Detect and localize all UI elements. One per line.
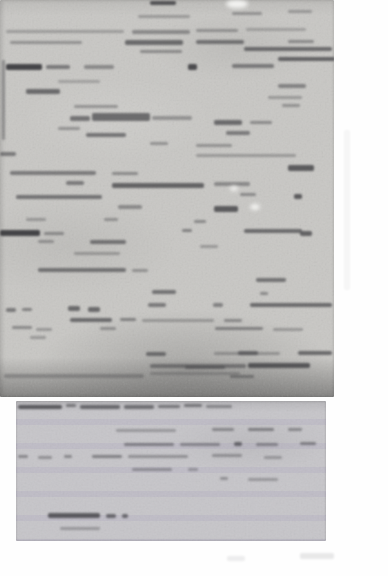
text-smudge xyxy=(214,206,238,212)
text-smudge xyxy=(70,318,112,322)
paper-highlight xyxy=(250,204,260,210)
text-smudge xyxy=(142,319,214,322)
text-smudge xyxy=(120,318,136,321)
text-smudge xyxy=(158,405,180,408)
text-smudge xyxy=(58,80,100,83)
text-smudge xyxy=(70,116,90,121)
text-smudge xyxy=(288,40,314,43)
text-smudge xyxy=(38,456,52,459)
text-smudge xyxy=(68,306,80,311)
text-smudge xyxy=(260,292,268,295)
text-smudge xyxy=(22,308,32,311)
text-smudge xyxy=(100,327,116,330)
text-smudge xyxy=(232,12,262,15)
text-smudge xyxy=(278,84,306,88)
text-smudge xyxy=(256,278,286,282)
text-smudge xyxy=(112,172,138,175)
text-smudge xyxy=(300,442,316,445)
text-smudge xyxy=(256,443,278,446)
text-smudge xyxy=(288,10,312,13)
text-smudge xyxy=(278,57,334,61)
text-smudge xyxy=(234,442,242,446)
text-smudge xyxy=(124,443,174,446)
text-smudge xyxy=(264,456,282,459)
text-smudge xyxy=(200,245,218,248)
text-smudge xyxy=(150,142,168,145)
text-smudge xyxy=(188,64,197,70)
text-smudge xyxy=(226,131,250,135)
scanned-page-2 xyxy=(16,401,326,541)
paper-grain-texture xyxy=(16,401,326,541)
background-smudge xyxy=(227,556,245,561)
text-smudge xyxy=(282,104,300,107)
text-smudge xyxy=(116,429,176,432)
text-smudge xyxy=(194,220,206,223)
text-smudge xyxy=(16,195,102,199)
text-smudge xyxy=(18,405,62,409)
text-smudge xyxy=(152,116,192,120)
text-smudge xyxy=(90,240,126,244)
text-smudge xyxy=(0,230,40,236)
text-smudge xyxy=(224,319,242,322)
text-smudge xyxy=(66,181,84,185)
text-smudge xyxy=(6,30,124,33)
text-smudge xyxy=(0,152,16,156)
text-smudge xyxy=(132,468,172,471)
text-smudge xyxy=(38,240,54,243)
text-smudge xyxy=(152,290,176,294)
text-smudge xyxy=(26,218,46,221)
text-smudge xyxy=(10,41,82,44)
text-smudge xyxy=(244,229,302,233)
text-smudge xyxy=(132,269,148,272)
text-smudge xyxy=(206,405,232,408)
text-smudge xyxy=(88,307,100,312)
text-smudge xyxy=(104,218,118,221)
text-smudge xyxy=(250,303,332,307)
text-smudge xyxy=(12,326,32,329)
text-smudge xyxy=(146,352,166,356)
background-smudge xyxy=(300,553,334,559)
text-smudge xyxy=(248,363,310,368)
paper-highlight xyxy=(226,0,248,8)
text-smudge xyxy=(46,65,70,69)
text-smudge xyxy=(182,229,192,232)
background-smudge xyxy=(344,130,350,290)
text-smudge xyxy=(298,351,332,355)
text-smudge xyxy=(6,64,42,70)
text-smudge xyxy=(10,171,96,175)
text-smudge xyxy=(248,428,274,431)
text-smudge xyxy=(238,351,258,355)
text-smudge xyxy=(38,268,126,272)
text-smudge xyxy=(150,372,240,375)
text-smudge xyxy=(36,328,52,331)
text-smudge xyxy=(220,477,228,480)
paper-highlight xyxy=(230,186,238,191)
text-smudge xyxy=(58,127,80,130)
text-smudge xyxy=(112,183,204,188)
text-smudge xyxy=(26,89,60,94)
text-smudge xyxy=(196,154,296,157)
text-smudge xyxy=(92,455,122,458)
text-smudge xyxy=(294,194,302,199)
text-smudge xyxy=(212,428,234,431)
text-smudge xyxy=(124,405,154,409)
text-smudge xyxy=(48,513,100,518)
text-smudge xyxy=(196,29,238,32)
text-smudge xyxy=(288,428,302,431)
text-smudge xyxy=(6,308,16,312)
text-smudge xyxy=(180,443,220,446)
text-smudge xyxy=(250,121,272,124)
text-smudge xyxy=(138,15,190,18)
text-smudge xyxy=(128,455,188,458)
text-smudge xyxy=(185,366,225,369)
scanned-page-1 xyxy=(0,0,334,397)
text-smudge xyxy=(30,336,46,339)
text-smudge xyxy=(246,28,306,31)
text-smudge xyxy=(150,1,176,5)
text-smudge xyxy=(92,113,150,121)
text-smudge xyxy=(122,514,128,518)
text-smudge xyxy=(106,514,116,518)
text-smudge xyxy=(86,133,126,137)
text-smudge xyxy=(2,60,5,140)
text-smudge xyxy=(60,527,100,530)
text-smudge xyxy=(288,165,314,171)
text-smudge xyxy=(44,232,64,235)
text-smudge xyxy=(232,64,274,68)
text-smudge xyxy=(84,65,114,69)
text-smudge xyxy=(125,40,183,45)
text-smudge xyxy=(215,327,263,330)
text-smudge xyxy=(230,375,254,378)
text-smudge xyxy=(268,96,302,99)
text-smudge xyxy=(213,303,223,307)
text-smudge xyxy=(244,47,332,51)
text-smudge xyxy=(214,120,242,125)
text-smudge xyxy=(188,468,198,471)
text-smudge xyxy=(196,144,232,147)
text-smudge xyxy=(140,50,182,53)
text-smudge xyxy=(212,454,242,457)
document-canvas xyxy=(0,0,388,576)
text-smudge xyxy=(132,30,190,34)
text-smudge xyxy=(4,374,144,378)
text-smudge xyxy=(248,478,278,481)
text-smudge xyxy=(74,252,120,255)
text-smudge xyxy=(300,231,312,236)
text-smudge xyxy=(273,328,303,331)
text-smudge xyxy=(118,205,142,209)
text-smudge xyxy=(196,40,244,44)
text-smudge xyxy=(240,193,256,196)
text-smudge xyxy=(80,405,120,409)
text-smudge xyxy=(74,105,118,108)
text-smudge xyxy=(184,404,202,407)
text-smudge xyxy=(64,455,72,458)
text-smudge xyxy=(18,455,28,458)
text-smudge xyxy=(66,404,76,407)
text-smudge xyxy=(148,303,166,307)
